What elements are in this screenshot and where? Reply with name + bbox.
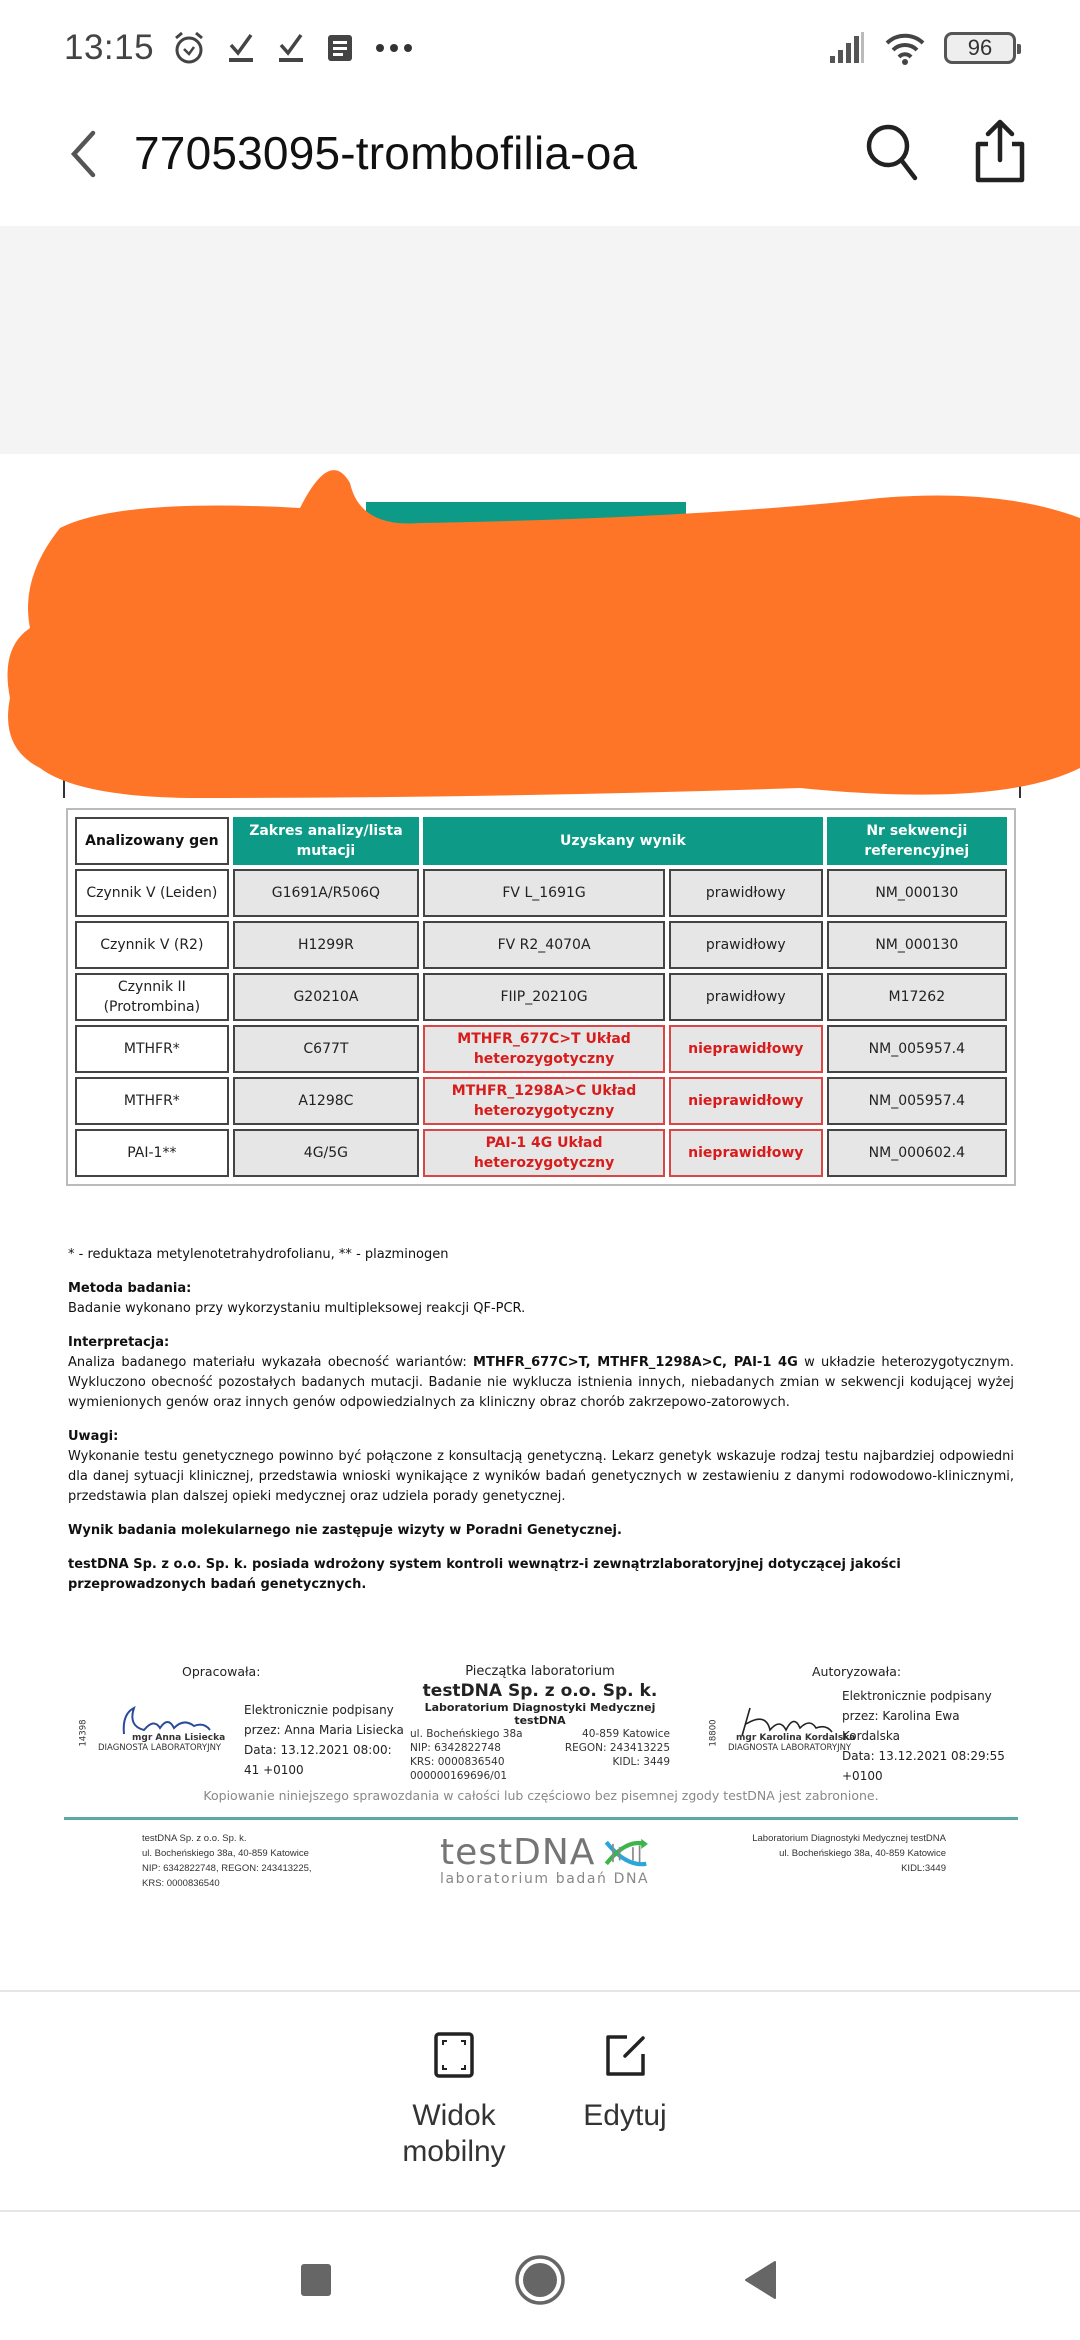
e-sign-line: przez: Karolina Ewa <box>842 1706 1005 1726</box>
interpretation-pre: Analiza badanego materiału wykazała obec… <box>68 1355 473 1370</box>
prepared-id: 14398 <box>79 1719 89 1746</box>
scope-cell: G1691A/R506Q <box>233 869 419 917</box>
remarks-heading: Uwagi: <box>68 1427 1014 1447</box>
gene-cell: Czynnik II (Protrombina) <box>75 973 229 1021</box>
remarks-text: Wykonanie testu genetycznego powinno być… <box>68 1449 1014 1504</box>
interpretation-section: Interpretacja:Analiza badanego materiału… <box>68 1333 1014 1413</box>
signal-icon <box>828 32 866 64</box>
e-sign-line: Elektronicznie podpisany <box>244 1700 404 1720</box>
reference-cell: M17262 <box>827 973 1007 1021</box>
dna-helix-icon <box>603 1836 650 1870</box>
stamp-nip: NIP: 6342822748 <box>410 1741 523 1755</box>
alarm-icon <box>172 30 206 66</box>
mobile-view-label: Widok mobilny <box>394 2098 514 2170</box>
footer-line: KRS: 0000836540 <box>142 1876 312 1891</box>
scope-cell: 4G/5G <box>233 1129 419 1177</box>
mobile-view-icon <box>432 2032 476 2078</box>
quality-statement: testDNA Sp. z o.o. Sp. k. posiada wdrożo… <box>68 1555 1014 1595</box>
table-row: Czynnik V (R2)H1299RFV R2_4070Aprawidłow… <box>75 921 1007 969</box>
prepared-name: mgr Anna Lisiecka <box>132 1733 234 1743</box>
reference-cell: NM_000130 <box>827 921 1007 969</box>
battery-icon: 96 <box>944 32 1016 64</box>
recents-button[interactable] <box>288 2252 344 2308</box>
document-viewer[interactable]: Analizowany gen Zakres analizy/lista mut… <box>0 226 1080 1990</box>
more-dots-icon <box>374 42 414 54</box>
result-cell: MTHFR_677C>T Układ heterozygotyczny <box>423 1025 665 1073</box>
method-section: Metoda badania:Badanie wykonano przy wyk… <box>68 1279 1014 1319</box>
system-icons: 96 <box>828 31 1016 65</box>
result-cell: FV L_1691G <box>423 869 665 917</box>
logo-subtitle: laboratorium badań DNA <box>440 1871 650 1887</box>
table-row: PAI-1**4G/5GPAI-1 4G Układ heterozygotyc… <box>75 1129 1007 1177</box>
header-scope: Zakres analizy/lista mutacji <box>233 817 419 865</box>
reference-cell: NM_005957.4 <box>827 1077 1007 1125</box>
e-sign-line: Data: 13.12.2021 08:29:55 <box>842 1746 1005 1766</box>
back-nav-button[interactable] <box>732 2252 788 2308</box>
status-time: 13:15 <box>64 28 154 68</box>
result-cell: FIIP_20210G <box>423 973 665 1021</box>
notification-icons <box>172 30 414 66</box>
footer-lab-info: Laboratorium Diagnostyki Medycznej testD… <box>752 1831 946 1876</box>
search-icon <box>862 120 922 184</box>
gene-cell: MTHFR* <box>75 1077 229 1125</box>
page-gap <box>0 226 1080 454</box>
logo-text: testDNA <box>440 1832 595 1873</box>
status-cell: prawidłowy <box>669 869 823 917</box>
recents-icon <box>300 2263 332 2297</box>
table-row: Czynnik II (Protrombina)G20210AFIIP_2021… <box>75 973 1007 1021</box>
system-nav-bar <box>0 2210 1080 2340</box>
method-text: Badanie wykonano przy wykorzystaniu mult… <box>68 1301 525 1316</box>
result-cell: FV R2_4070A <box>423 921 665 969</box>
home-icon <box>514 2254 566 2306</box>
interpretation-heading: Interpretacja: <box>68 1333 1014 1353</box>
footer-divider <box>64 1817 1018 1820</box>
authorized-id: 18800 <box>709 1719 719 1746</box>
signatures-row: Opracowała: mgr Anna Lisiecka DIAGNOSTA … <box>66 1664 1016 1804</box>
e-sign-line: Kordalska <box>842 1726 1005 1746</box>
prepared-e-signature: Elektronicznie podpisany przez: Anna Mar… <box>244 1700 404 1780</box>
redaction-scribble <box>0 468 1080 798</box>
back-button[interactable] <box>58 124 108 184</box>
e-sign-line: 41 +0100 <box>244 1760 404 1780</box>
status-cell: nieprawidłowy <box>669 1077 823 1125</box>
edit-button[interactable]: Edytuj <box>580 2032 670 2134</box>
stamp-regon: REGON: 243413225 <box>565 1741 670 1755</box>
edit-label: Edytuj <box>583 2098 666 2134</box>
status-cell: prawidłowy <box>669 973 823 1021</box>
document-title: 77053095-trombofilia-oa <box>134 126 637 180</box>
prepared-signature: mgr Anna Lisiecka DIAGNOSTA LABORATORYJN… <box>84 1704 234 1753</box>
status-bar: 13:15 96 <box>0 0 1080 96</box>
report-notes: * - reduktaza metylenotetrahydrofolianu,… <box>68 1245 1014 1609</box>
chevron-left-icon <box>68 129 98 179</box>
copy-notice: Kopiowanie niniejszego sprawozdania w ca… <box>66 1788 1016 1803</box>
share-button[interactable] <box>970 118 1030 184</box>
remarks-section: Uwagi:Wykonanie testu genetycznego powin… <box>68 1427 1014 1507</box>
scope-cell: A1298C <box>233 1077 419 1125</box>
gene-cell: Czynnik V (Leiden) <box>75 869 229 917</box>
scope-cell: H1299R <box>233 921 419 969</box>
gene-cell: PAI-1** <box>75 1129 229 1177</box>
download-done-icon <box>226 31 256 65</box>
table-row: Czynnik V (Leiden)G1691A/R506QFV L_1691G… <box>75 869 1007 917</box>
footer-line: NIP: 6342822748, REGON: 243413225, <box>142 1861 312 1876</box>
back-icon <box>742 2260 778 2300</box>
footer-line: testDNA Sp. z o.o. Sp. k. <box>142 1831 312 1846</box>
footnote: * - reduktaza metylenotetrahydrofolianu,… <box>68 1245 1014 1265</box>
disclaimer: Wynik badania molekularnego nie zastępuj… <box>68 1521 1014 1541</box>
lab-stamp: Pieczątka laboratorium testDNA Sp. z o.o… <box>410 1664 670 1783</box>
stamp-kidl: KIDL: 3449 <box>565 1755 670 1769</box>
prepared-label: Opracowała: <box>182 1664 260 1679</box>
search-button[interactable] <box>862 120 922 184</box>
e-sign-line: Data: 13.12.2021 08:00: <box>244 1740 404 1760</box>
e-sign-line: przez: Anna Maria Lisiecka <box>244 1720 404 1740</box>
stamp-address: ul. Bocheńskiego 38a <box>410 1727 523 1741</box>
edit-icon <box>603 2032 647 2078</box>
download-done-icon <box>276 31 306 65</box>
footer-line: ul. Bocheńskiego 38a, 40-859 Katowice <box>142 1846 312 1861</box>
stamp-lab: Laboratorium Diagnostyki Medycznej testD… <box>410 1701 670 1727</box>
status-cell: nieprawidłowy <box>669 1129 823 1177</box>
status-cell: nieprawidłowy <box>669 1025 823 1073</box>
mobile-view-button[interactable]: Widok mobilny <box>394 2032 514 2170</box>
note-icon <box>326 33 354 63</box>
footer-line: ul. Bocheńskiego 38a, 40-859 Katowice <box>752 1846 946 1861</box>
header-gene: Analizowany gen <box>75 817 229 865</box>
scope-cell: C677T <box>233 1025 419 1073</box>
footer-line: KIDL:3449 <box>752 1861 946 1876</box>
e-sign-line: +0100 <box>842 1766 1005 1786</box>
home-button[interactable] <box>512 2252 568 2308</box>
result-cell: MTHFR_1298A>C Układ heterozygotyczny <box>423 1077 665 1125</box>
status-cell: prawidłowy <box>669 921 823 969</box>
testdna-logo: testDNA laboratorium badań DNA <box>440 1832 650 1887</box>
table-row: MTHFR*A1298CMTHFR_1298A>C Układ heterozy… <box>75 1077 1007 1125</box>
reference-cell: NM_000602.4 <box>827 1129 1007 1177</box>
scope-cell: G20210A <box>233 973 419 1021</box>
results-table: Analizowany gen Zakres analizy/lista mut… <box>66 808 1016 1186</box>
share-icon <box>970 118 1030 184</box>
stamp-label: Pieczątka laboratorium <box>410 1664 670 1679</box>
footer-company-info: testDNA Sp. z o.o. Sp. k. ul. Bocheńskie… <box>142 1831 312 1891</box>
table-row: MTHFR*C677TMTHFR_677C>T Układ heterozygo… <box>75 1025 1007 1073</box>
stamp-krs: KRS: 0000836540 <box>410 1755 523 1769</box>
stamp-number: 000000169696/01 <box>410 1769 523 1783</box>
gene-cell: MTHFR* <box>75 1025 229 1073</box>
battery-level: 96 <box>968 35 992 61</box>
wifi-icon <box>884 31 926 65</box>
reference-cell: NM_000130 <box>827 869 1007 917</box>
e-sign-line: Elektronicznie podpisany <box>842 1686 1005 1706</box>
header-result: Uzyskany wynik <box>423 817 822 865</box>
bottom-actions: Widok mobilny Edytuj <box>0 1990 1080 2210</box>
reference-cell: NM_005957.4 <box>827 1025 1007 1073</box>
footer-line: Laboratorium Diagnostyki Medycznej testD… <box>752 1831 946 1846</box>
stamp-company: testDNA Sp. z o.o. Sp. k. <box>410 1681 670 1701</box>
prepared-role: DIAGNOSTA LABORATORYJNY <box>98 1743 234 1753</box>
app-bar: 77053095-trombofilia-oa <box>0 96 1080 226</box>
result-cell: PAI-1 4G Układ heterozygotyczny <box>423 1129 665 1177</box>
gene-cell: Czynnik V (R2) <box>75 921 229 969</box>
method-heading: Metoda badania: <box>68 1279 1014 1299</box>
header-reference: Nr sekwencji referencyjnej <box>827 817 1007 865</box>
interpretation-variants: MTHFR_677C>T, MTHFR_1298A>C, PAI-1 4G <box>473 1355 798 1370</box>
authorized-label: Autoryzowała: <box>812 1664 901 1679</box>
stamp-city: 40-859 Katowice <box>565 1727 670 1741</box>
authorized-e-signature: Elektronicznie podpisany przez: Karolina… <box>842 1686 1005 1786</box>
